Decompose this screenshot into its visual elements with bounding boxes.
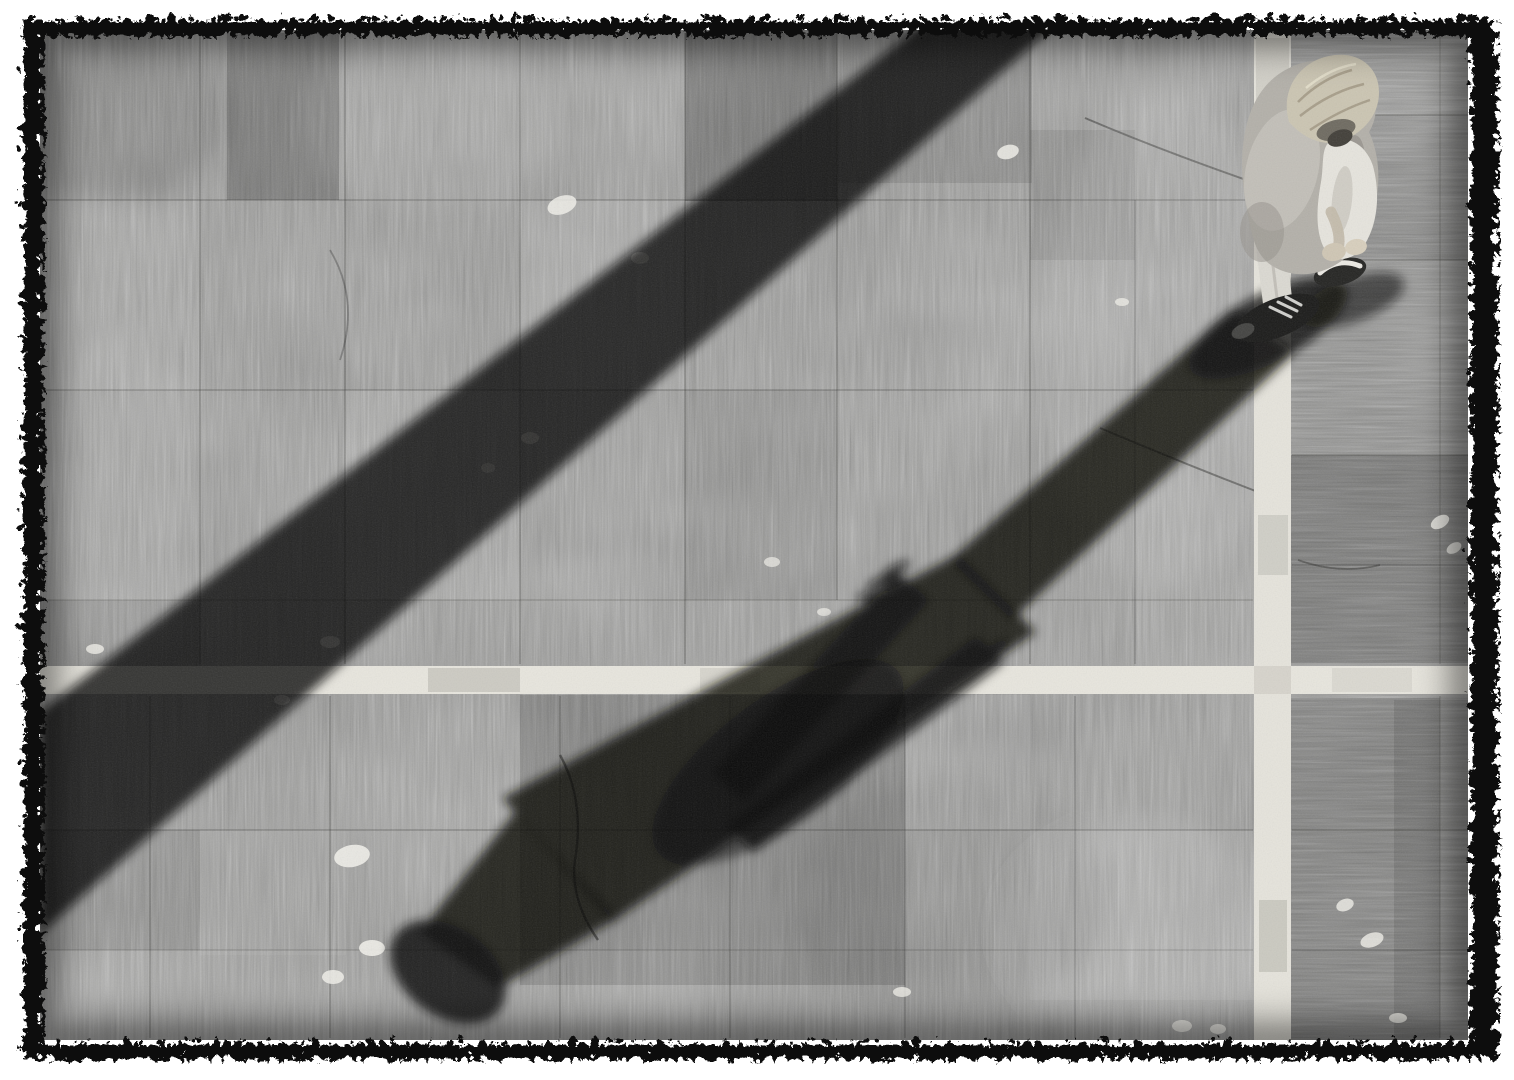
grain-overlay [40,30,1468,1040]
photo-canvas: Black-and-white overhead photograph: a p… [0,0,1514,1080]
film-grain [40,30,1468,1040]
photo-content [0,18,1480,1045]
photograph: Black-and-white overhead photograph: a p… [0,0,1514,1080]
